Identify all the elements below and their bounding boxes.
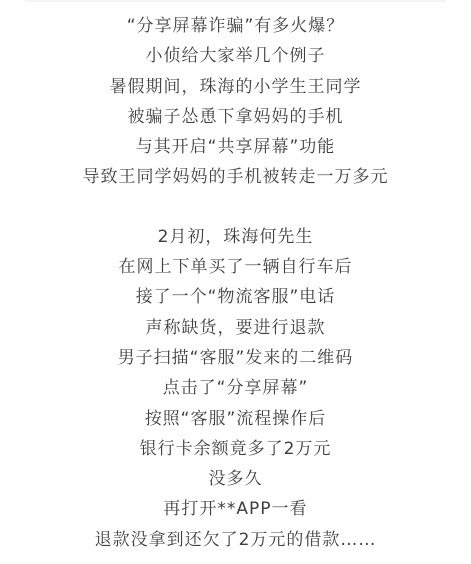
text-line: 与其开启“共享屏幕”功能 (0, 132, 471, 162)
text-line: 在网上下单买了一辆自行车后 (0, 252, 471, 282)
top-divider (25, 0, 446, 2)
text-line: 导致王同学妈妈的手机被转走一万多元 (0, 162, 471, 192)
text-line: 没多久 (0, 464, 471, 494)
text-line: 再打开**APP一看 (0, 494, 471, 524)
paragraph-1: “分享屏幕诈骗”有多火爆？ 小侦给大家举几个例子 暑假期间，珠海的小学生王同学 … (0, 11, 471, 193)
text-line: 退款没拿到还欠了2万元的借款…… (0, 525, 471, 555)
article-body: “分享屏幕诈骗”有多火爆？ 小侦给大家举几个例子 暑假期间，珠海的小学生王同学 … (0, 11, 471, 555)
text-line: 接了一个“物流客服”电话 (0, 282, 471, 312)
text-line: 点击了“分享屏幕” (0, 373, 471, 403)
paragraph-2: 2月初，珠海何先生 在网上下单买了一辆自行车后 接了一个“物流客服”电话 声称缺… (0, 222, 471, 555)
paragraph-spacer (0, 193, 471, 222)
text-line: 声称缺货，要进行退款 (0, 313, 471, 343)
text-line: “分享屏幕诈骗”有多火爆？ (0, 11, 471, 41)
text-line: 男子扫描“客服”发来的二维码 (0, 343, 471, 373)
text-line: 银行卡余额竟多了2万元 (0, 434, 471, 464)
text-line: 小侦给大家举几个例子 (0, 41, 471, 71)
text-line: 被骗子怂恿下拿妈妈的手机 (0, 102, 471, 132)
text-line: 按照“客服”流程操作后 (0, 404, 471, 434)
text-line: 暑假期间，珠海的小学生王同学 (0, 72, 471, 102)
text-line: 2月初，珠海何先生 (0, 222, 471, 252)
